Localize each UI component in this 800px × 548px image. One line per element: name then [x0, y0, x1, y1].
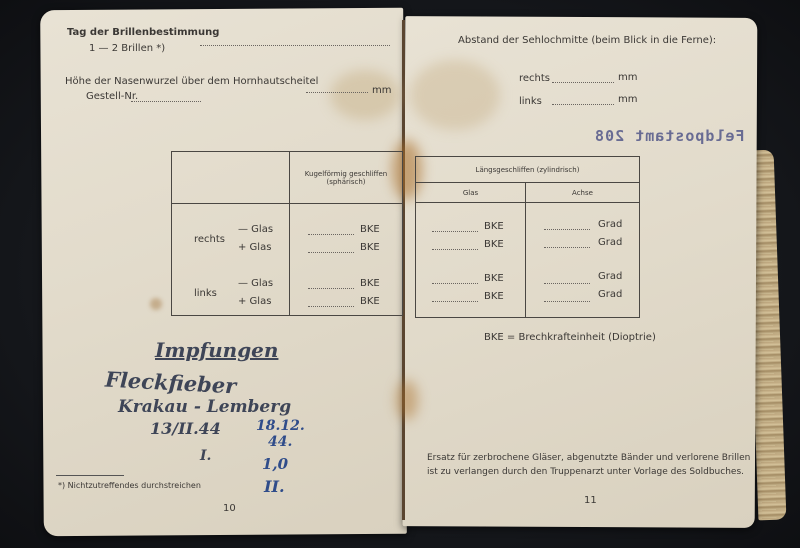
side-labels: rechts — Glas + Glas links — Glas + Glas	[172, 204, 290, 316]
frame-line	[131, 101, 201, 102]
bke-unit: BKE	[360, 296, 380, 307]
spherical-header: Kugelförmig geschliffen (sphärisch)	[290, 152, 403, 204]
blue-value-4: II.	[264, 477, 285, 496]
cyl-axis-values: Grad Grad Grad Grad	[526, 203, 640, 318]
bke-unit: BKE	[360, 242, 380, 253]
blue-value-2: 44.	[268, 434, 292, 450]
spherical-values: BKE BKE BKE BKE	[290, 204, 403, 316]
stain	[396, 380, 418, 420]
pupil-right-label: rechts	[519, 73, 550, 84]
spherical-table: Kugelförmig geschliffen (sphärisch) rech…	[171, 151, 403, 316]
notice-line-2: ist zu verlangen durch den Truppenarzt u…	[427, 467, 744, 477]
footnote-rule	[56, 475, 124, 476]
cyl-glass-values: BKE BKE BKE BKE	[416, 203, 526, 318]
empty-header-cell	[172, 152, 290, 204]
grad-unit: Grad	[598, 271, 622, 282]
field-height-label: Höhe der Nasenwurzel über dem Hornhautsc…	[65, 76, 318, 87]
height-unit: mm	[372, 85, 391, 96]
glass-minus-left: — Glas	[238, 278, 273, 289]
pupil-left-unit: mm	[618, 94, 637, 105]
cylindrical-header: Längsgeschliffen (zylindrisch)	[416, 157, 640, 183]
pupil-left-label: links	[519, 96, 542, 107]
col-axis: Achse	[526, 183, 640, 203]
field-post-stamp: Feldpostamt 208	[594, 127, 744, 145]
side-left: links	[194, 288, 217, 299]
date-line	[200, 45, 390, 46]
blue-value-1: 18.12.	[256, 418, 305, 434]
pupil-right-unit: mm	[618, 72, 637, 83]
bke-unit: BKE	[360, 278, 380, 289]
stain	[410, 60, 500, 130]
cylindrical-table: Längsgeschliffen (zylindrisch) Glas Achs…	[415, 156, 640, 318]
footnote: *) Nichtzutreffendes durchstreichen	[58, 481, 201, 490]
field-date-label: Tag der Brillenbestimmung	[67, 27, 219, 38]
page-number-left: 10	[223, 503, 236, 514]
glass-minus-right: — Glas	[238, 224, 273, 235]
pupil-distance-label: Abstand der Sehlochmitte (beim Blick in …	[458, 35, 716, 46]
notice-line-1: Ersatz für zerbrochene Gläser, abgenutzt…	[427, 453, 750, 463]
handwriting-vaccinations: Impfungen	[155, 338, 278, 362]
bke-unit: BKE	[360, 224, 380, 235]
handwriting-location: Krakau - Lemberg	[118, 397, 291, 417]
bke-legend: BKE = Brechkrafteinheit (Dioptrie)	[484, 332, 656, 343]
handwriting-roman: I.	[200, 448, 211, 464]
bke-unit: BKE	[484, 291, 504, 302]
grad-unit: Grad	[598, 237, 622, 248]
bke-unit: BKE	[484, 221, 504, 232]
bke-unit: BKE	[484, 273, 504, 284]
glass-plus-right: + Glas	[238, 242, 271, 253]
side-right: rechts	[194, 234, 225, 245]
field-count-label: 1 — 2 Brillen *)	[89, 43, 165, 54]
grad-unit: Grad	[598, 289, 622, 300]
bke-unit: BKE	[484, 239, 504, 250]
handwriting-date: 13/II.44	[150, 419, 221, 438]
grad-unit: Grad	[598, 219, 622, 230]
page-number-right: 11	[584, 495, 597, 506]
stain	[150, 298, 162, 310]
col-glass: Glas	[416, 183, 526, 203]
glass-plus-left: + Glas	[238, 296, 271, 307]
height-line	[306, 92, 368, 93]
blue-value-3: 1,0	[262, 455, 288, 473]
